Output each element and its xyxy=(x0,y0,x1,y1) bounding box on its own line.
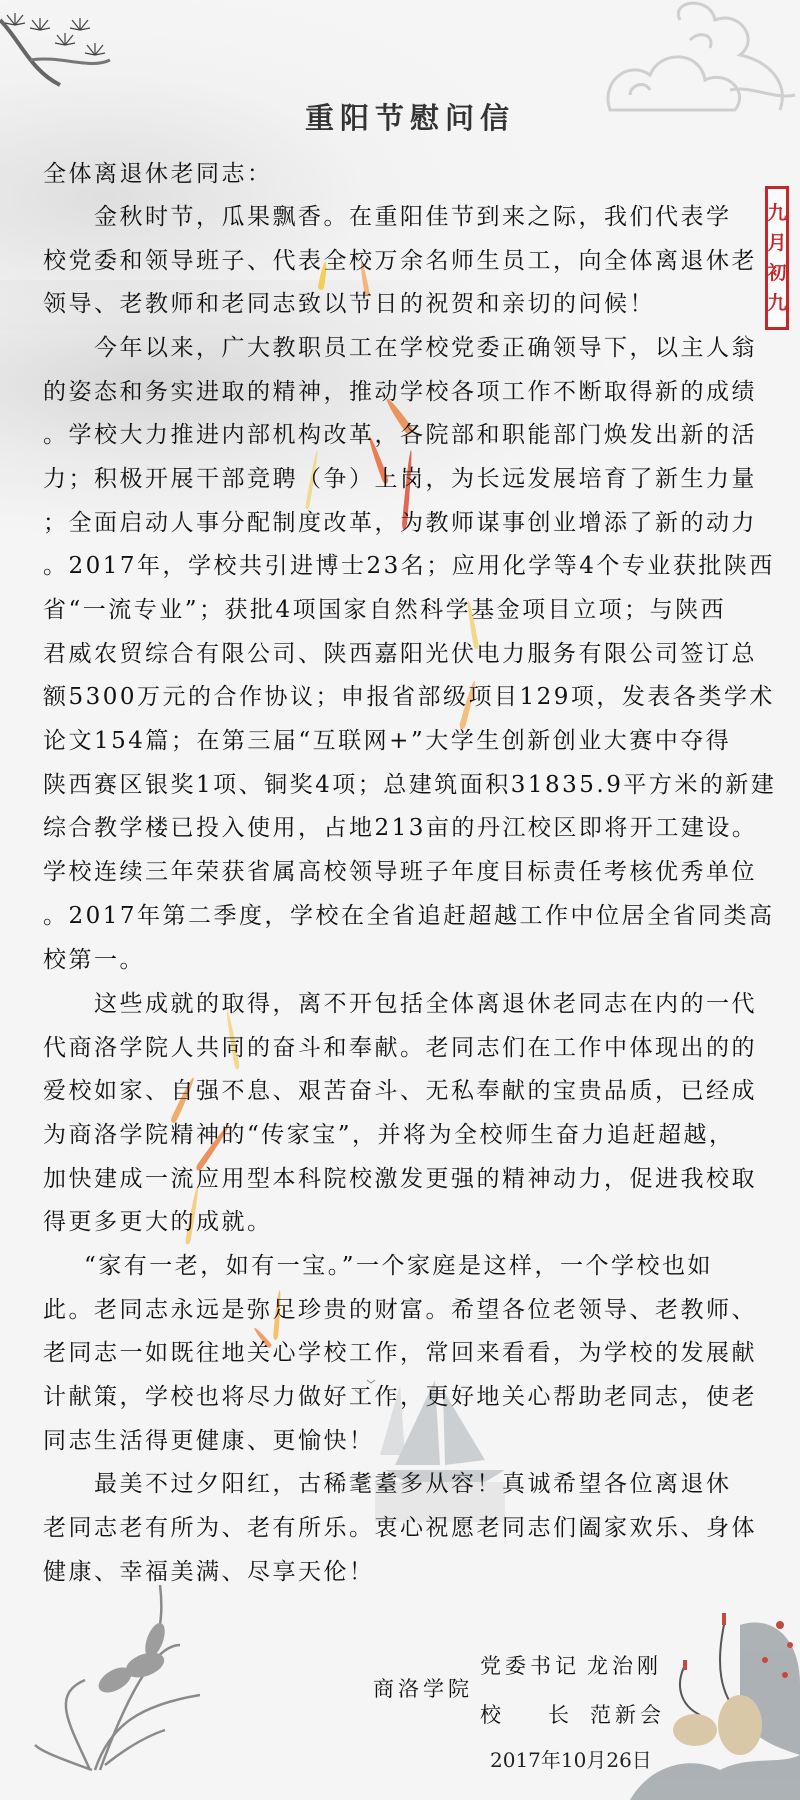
date-seal: 九 月 初 九 xyxy=(765,186,789,330)
secretary-name: 龙治刚 xyxy=(587,1650,662,1680)
institution-name: 商洛学院 xyxy=(373,1673,473,1703)
paragraph-2-line: 论文154篇；在第三届“互联网+”大学生创新创业大赛中夺得 xyxy=(43,727,731,755)
president-title: 长 xyxy=(548,1699,573,1729)
paragraph-2-line: 。2017年，学校共引进博士23名；应用化学等4个专业获批陕西 xyxy=(43,552,775,580)
seal-char: 九 xyxy=(768,288,787,318)
paragraph-1-line: 领导、老教师和老同志致以节日的祝贺和亲切的问候！ xyxy=(43,290,655,318)
paragraph-2-line: 君威农贸综合有限公司、陕西嘉阳光伏电力服务有限公司签订总 xyxy=(43,640,757,668)
paragraph-2-line: 学校连续三年荣获省属高校领导班子年度目标责任考核优秀单位 xyxy=(43,858,757,886)
paragraph-4-line: 计献策，学校也将尽力做好工作，更好地关心帮助老同志，使老 xyxy=(43,1383,757,1411)
seal-char: 九 xyxy=(768,198,787,228)
paragraph-3-line: 为商洛学院精神的“传家宝”，并将为全校师生奋力追赶超越， xyxy=(43,1121,735,1149)
paragraph-4-line: 同志生活得更健康、更愉快！ xyxy=(43,1427,375,1455)
secretary-title: 党委书记 xyxy=(480,1650,580,1680)
paragraph-2-line: 陕西赛区银奖1项、铜奖4项；总建筑面积31835.9平方米的新建 xyxy=(43,771,776,799)
paragraph-2-line: 力；积极开展干部竞聘（争）上岗，为长远发展培育了新生力量 xyxy=(43,465,757,493)
paragraph-2-line: 。2017年第二季度，学校在全省追赶超越工作中位居全省同类高 xyxy=(43,902,775,930)
paragraph-5-line: 老同志老有所为、老有所乐。衷心祝愿老同志们阖家欢乐、身体 xyxy=(43,1514,757,1542)
seal-char: 初 xyxy=(768,258,787,288)
salutation: 全体离退休老同志： xyxy=(43,160,273,188)
president-title: 校 xyxy=(480,1699,505,1729)
paragraph-4-line: “家有一老，如有一宝。”一个家庭是这样，一个学校也如 xyxy=(84,1252,713,1280)
paragraph-2-line: ；全面启动人事分配制度改革，为教师谋事创业增添了新的动力 xyxy=(43,509,757,537)
pine-branch-icon xyxy=(0,0,130,100)
paragraph-3-line: 爱校如家、自强不息、艰苦奋斗、无私奉献的宝贵品质，已经成 xyxy=(43,1077,757,1105)
paragraph-3-line: 代商洛学院人共同的奋斗和奉献。老同志们在工作中体现出的的 xyxy=(43,1034,757,1062)
paragraph-2-line: 的姿态和务实进取的精神，推动学校各项工作不断取得新的成绩 xyxy=(43,378,757,406)
paragraph-5-line: 健康、幸福美满、尽享天伦！ xyxy=(43,1558,375,1586)
president-name: 范新会 xyxy=(590,1699,665,1729)
letter-title: 重阳节慰问信 xyxy=(0,96,800,137)
letter-date: 2017年10月26日 xyxy=(490,1744,652,1773)
paragraph-2-line: 。学校大力推进内部机构改革，各院部和职能部门焕发出新的活 xyxy=(43,421,757,449)
paragraph-2-line: 综合教学楼已投入使用，占地213亩的丹江校区即将开工建设。 xyxy=(43,814,757,842)
orchid-painting-icon xyxy=(30,1585,210,1775)
paragraph-2-line: 今年以来，广大教职员工在学校党委正确领导下，以主人翁 xyxy=(94,334,757,362)
paragraph-5-line: 最美不过夕阳红，古稀耄耋多从容！真诚希望各位离退休 xyxy=(94,1470,732,1498)
paragraph-1-line: 校党委和领导班子、代表全校万余名师生员工，向全体离退休老 xyxy=(43,247,757,275)
paragraph-1-line: 金秋时节，瓜果飘香。在重阳佳节到来之际，我们代表学 xyxy=(94,203,732,231)
seal-char: 月 xyxy=(768,228,787,258)
paragraph-3-line: 加快建成一流应用型本科院校激发更强的精神动力，促进我校取 xyxy=(43,1165,757,1193)
paragraph-4-line: 老同志一如既往地关心学校工作，常回来看看，为学校的发展献 xyxy=(43,1339,757,1367)
paragraph-4-line: 此。老同志永远是弥足珍贵的财富。希望各位老领导、老教师、 xyxy=(43,1296,757,1324)
paragraph-3-line: 这些成就的取得，离不开包括全体离退休老同志在内的一代 xyxy=(94,990,757,1018)
paragraph-3-line: 得更多更大的成就。 xyxy=(43,1208,273,1236)
paragraph-2-line: 省“一流专业”；获批4项国家自然科学基金项目立项；与陕西 xyxy=(43,596,726,624)
paragraph-2-line: 额5300万元的合作协议；申报省部级项目129项，发表各类学术 xyxy=(43,683,775,711)
paragraph-2-line: 校第一。 xyxy=(43,946,145,974)
